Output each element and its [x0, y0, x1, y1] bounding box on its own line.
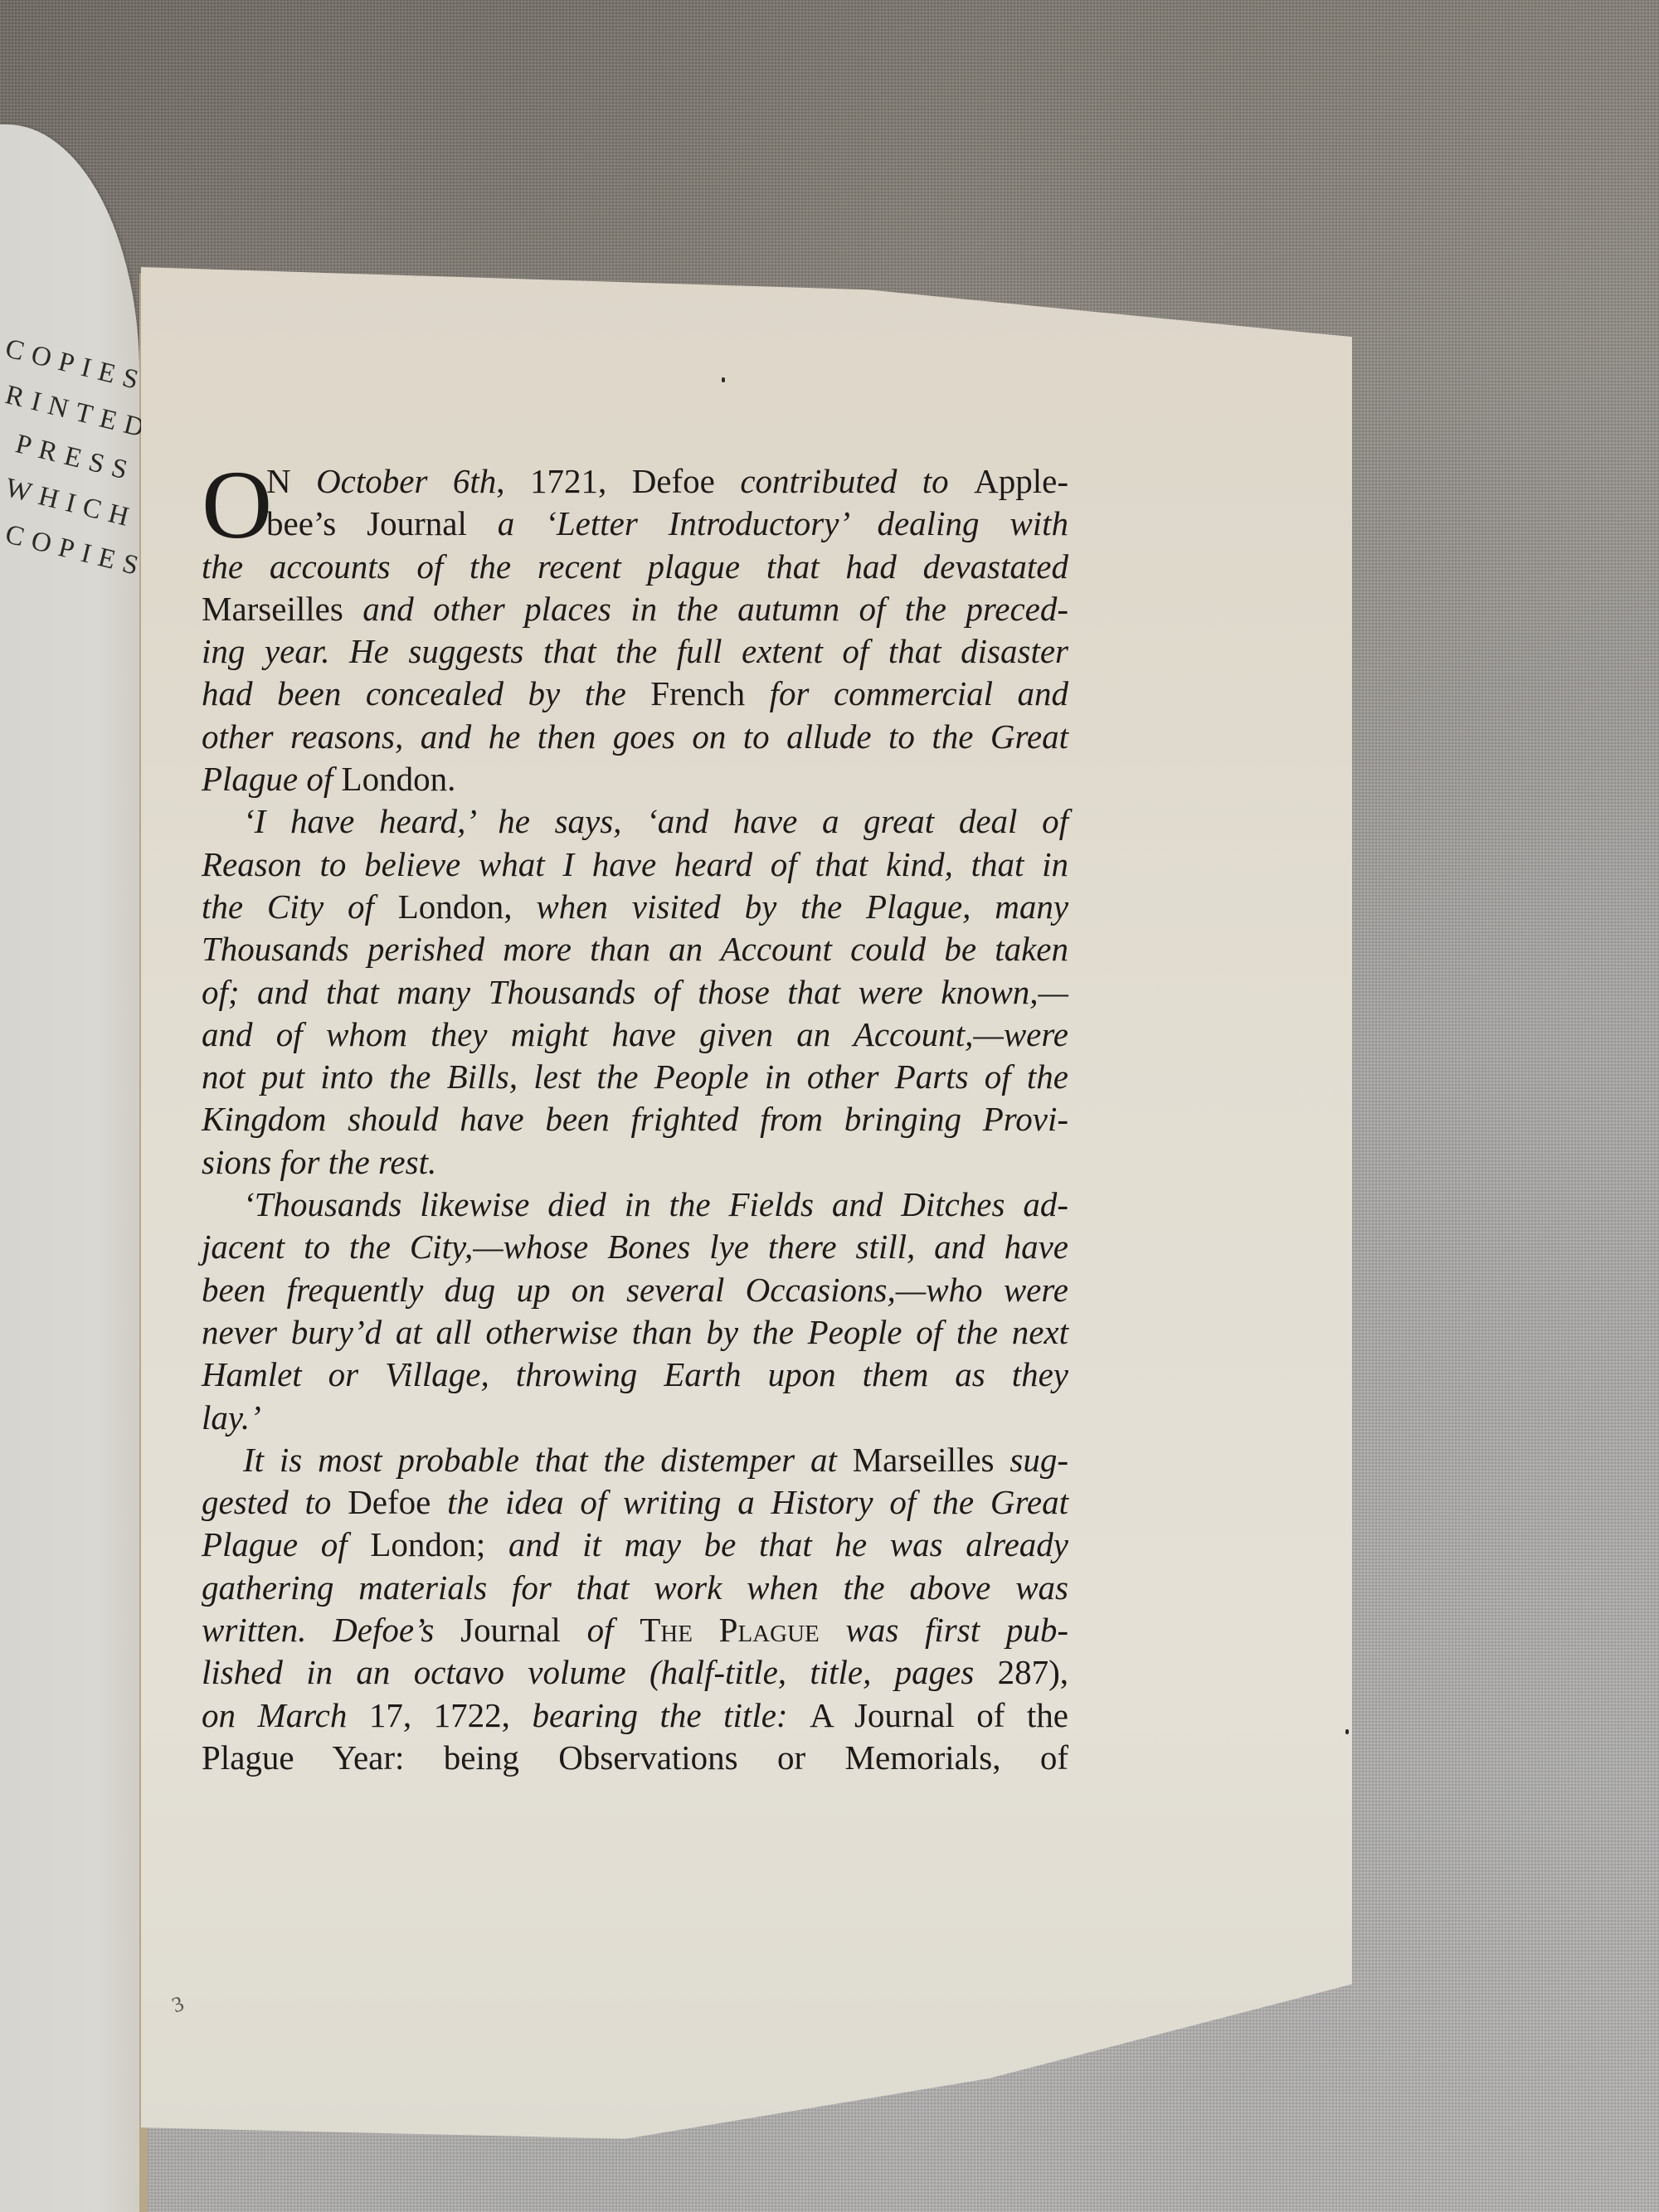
italic-text: gathering materials for that work when t…	[202, 1568, 1068, 1607]
italic-text: when visited by the Plague, many	[536, 887, 1068, 926]
italic-text: the accounts of the recent plague that h…	[202, 547, 1068, 586]
text-line: the accounts of the recent plague that h…	[202, 546, 1068, 588]
italic-text: contributed to	[740, 462, 974, 500]
text-line: gested to Defoe the idea of writing a Hi…	[202, 1481, 1068, 1524]
italic-text: other reasons, and he then goes on to al…	[202, 717, 1068, 756]
text-line: Plague Year: being Observations or Memor…	[202, 1737, 1068, 1779]
text-line: and of whom they might have given an Acc…	[202, 1014, 1068, 1056]
italic-text: bearing the title:	[532, 1696, 810, 1734]
italic-text: ‘I have heard,’ he says, ‘and have a gre…	[243, 802, 1068, 840]
roman-text: London;	[370, 1525, 508, 1563]
drop-cap: O	[202, 464, 272, 547]
small-caps-text: The Plague	[640, 1611, 845, 1649]
italic-text: ing year. He suggests that the full exte…	[202, 632, 1068, 670]
italic-text: was first pub-	[845, 1611, 1068, 1649]
text-line: written. Defoe’s Journal of The Plague w…	[202, 1609, 1068, 1651]
italic-text: October 6th	[316, 462, 496, 500]
italic-text: lay.’	[202, 1398, 261, 1437]
text-line: not put into the Bills, lest the People …	[202, 1056, 1068, 1098]
text-line: lished in an octavo volume (half-title, …	[202, 1651, 1068, 1694]
text-line: Kingdom should have been frighted from b…	[202, 1098, 1068, 1140]
text-line: Reason to believe what I have heard of t…	[202, 843, 1068, 886]
italic-text: It is most probable that the distemper a…	[243, 1441, 853, 1479]
text-line: N October 6th, 1721, Defoe contributed t…	[202, 460, 1068, 503]
text-line: ‘Thousands likewise died in the Fields a…	[202, 1184, 1068, 1226]
italic-text: and it may be that he was already	[508, 1525, 1068, 1563]
italic-text: of; and that many Thousands of those tha…	[202, 973, 1068, 1011]
italic-text: for commercial and	[770, 674, 1068, 712]
italic-text: not put into the Bills, lest the People …	[202, 1057, 1068, 1096]
text-line: lay.’	[202, 1397, 1068, 1439]
text-line: It is most probable that the distemper a…	[202, 1439, 1068, 1481]
paper-speck	[722, 377, 725, 382]
roman-text: Defoe	[348, 1483, 447, 1521]
paper-speck	[1345, 1729, 1349, 1734]
text-line: Marseilles and other places in the autum…	[202, 588, 1068, 630]
text-line: sions for the rest.	[202, 1141, 1068, 1184]
text-line: on March 17, 1722, bearing the title: A …	[202, 1694, 1068, 1737]
roman-text: French	[650, 674, 769, 712]
roman-text: London,	[398, 887, 537, 926]
roman-text: A Journal of the	[810, 1696, 1068, 1734]
italic-text: and of whom they might have given an Acc…	[202, 1015, 1068, 1053]
italic-text: on March	[202, 1696, 369, 1734]
italic-text: written. Defoe’s	[202, 1611, 460, 1649]
previous-page-text: COPIES RINTED PRESS WHICH COPIES	[0, 365, 133, 597]
text-line: ‘I have heard,’ he says, ‘and have a gre…	[202, 800, 1068, 843]
text-line: never bury’d at all otherwise than by th…	[202, 1311, 1068, 1354]
roman-text: N	[266, 462, 316, 500]
text-line: gathering materials for that work when t…	[202, 1567, 1068, 1609]
roman-text: 287),	[998, 1653, 1068, 1691]
italic-text: of	[587, 1611, 640, 1649]
roman-text: Marseilles	[202, 590, 362, 628]
italic-text: and other places in the autumn of the pr…	[362, 590, 1068, 628]
text-line: of; and that many Thousands of those tha…	[202, 971, 1068, 1014]
text-line: Plague of London; and it may be that he …	[202, 1524, 1068, 1566]
italic-text: the idea of writing a History of the Gre…	[447, 1483, 1068, 1521]
italic-text: the City of	[202, 887, 398, 926]
text-line: other reasons, and he then goes on to al…	[202, 716, 1068, 758]
italic-text: gested to	[202, 1483, 348, 1521]
roman-text: Plague Year: being Observations or Memor…	[202, 1738, 1068, 1777]
roman-text: , 1721, Defoe	[496, 462, 740, 500]
italic-text: Hamlet or Village, throwing Earth upon t…	[202, 1355, 1068, 1393]
italic-text: never bury’d at all otherwise than by th…	[202, 1313, 1068, 1351]
text-lines: N October 6th, 1721, Defoe contributed t…	[202, 460, 1068, 1779]
italic-text: Thousands perished more than an Account …	[202, 930, 1068, 968]
italic-text: ‘Thousands likewise died in the Fields a…	[243, 1185, 1068, 1223]
text-line: been frequently dug up on several Occasi…	[202, 1269, 1068, 1311]
italic-text: sug-	[1010, 1441, 1068, 1479]
roman-text: Marseilles	[853, 1441, 1010, 1479]
text-line: Hamlet or Village, throwing Earth upon t…	[202, 1354, 1068, 1396]
roman-text: 17, 1722,	[369, 1696, 533, 1734]
italic-text: Kingdom should have been frighted from b…	[202, 1100, 1068, 1138]
italic-text: a ‘Letter Introductory’ dealing with	[498, 504, 1068, 542]
text-line: had been concealed by the French for com…	[202, 673, 1068, 715]
italic-text: jacent to the City,—whose Bones lye ther…	[202, 1228, 1068, 1266]
page-body-text: O N October 6th, 1721, Defoe contributed…	[202, 460, 1068, 1779]
roman-text: London.	[342, 760, 456, 798]
text-line: Plague of London.	[202, 758, 1068, 800]
text-line: bee’s Journal a ‘Letter Introductory’ de…	[202, 503, 1068, 545]
text-line: ing year. He suggests that the full exte…	[202, 630, 1068, 673]
italic-text: lished in an octavo volume (half-title, …	[202, 1653, 998, 1691]
italic-text: Plague of	[202, 1525, 370, 1563]
text-line: jacent to the City,—whose Bones lye ther…	[202, 1226, 1068, 1268]
roman-text: bee’s Journal	[266, 504, 498, 542]
italic-text: sions for the rest.	[202, 1143, 436, 1181]
italic-text: been frequently dug up on several Occasi…	[202, 1271, 1068, 1309]
italic-text: had been concealed by the	[202, 674, 650, 712]
roman-text: Journal	[460, 1611, 586, 1649]
italic-text: Reason to believe what I have heard of t…	[202, 845, 1068, 883]
text-line: Thousands perished more than an Account …	[202, 928, 1068, 970]
italic-text: Plague of	[202, 760, 342, 798]
roman-text: Apple-	[974, 462, 1068, 500]
text-line: the City of London, when visited by the …	[202, 886, 1068, 928]
